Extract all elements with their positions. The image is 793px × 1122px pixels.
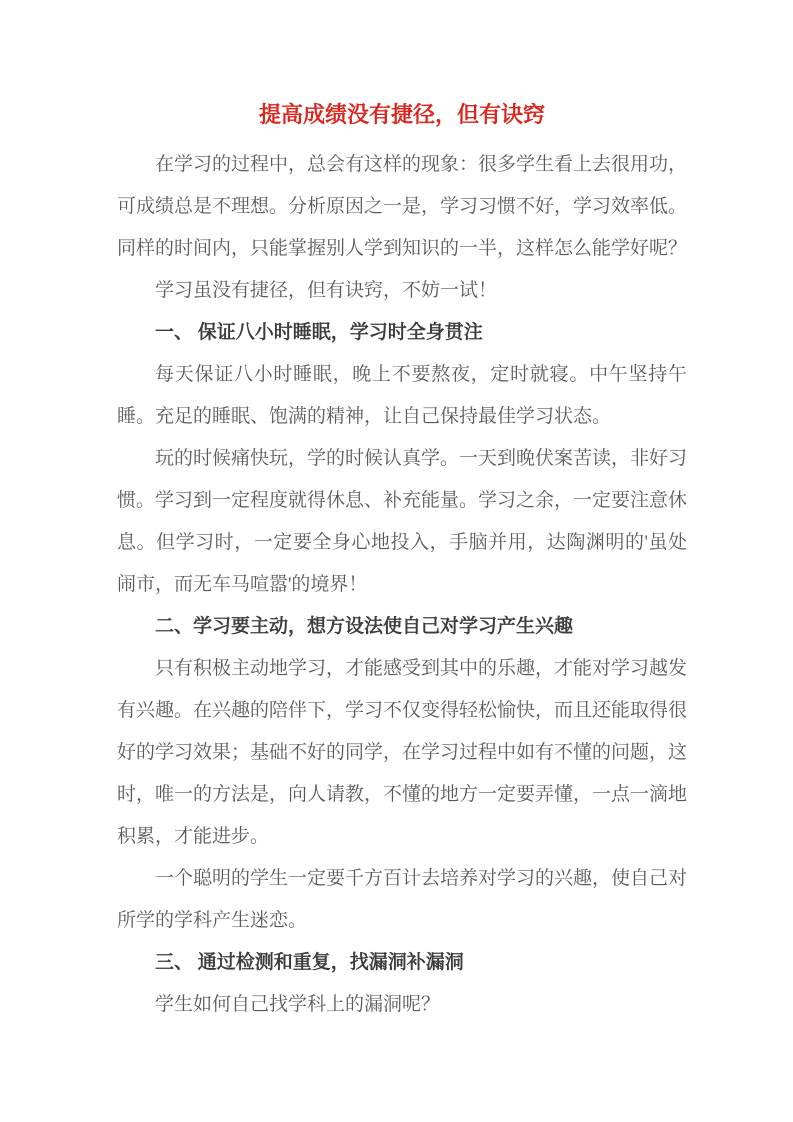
body-paragraph: 每天保证八小时睡眠，晚上不要熬夜，定时就寝。中午坚持午睡。充足的睡眠、饱满的精神… <box>117 354 687 438</box>
body-paragraph: 玩的时候痛快玩，学的时候认真学。一天到晚伏案苦读，非好习惯。学习到一定程度就得休… <box>117 438 687 606</box>
body-paragraph: 在学习的过程中，总会有这样的现象：很多学生看上去很用功，可成绩总是不理想。分析原… <box>117 144 687 270</box>
body-paragraph: 一个聪明的学生一定要千方百计去培养对学习的兴趣，使自己对所学的学科产生迷恋。 <box>117 858 687 942</box>
section-heading: 三、 通过检测和重复，找漏洞补漏洞 <box>117 942 687 984</box>
document-body: 在学习的过程中，总会有这样的现象：很多学生看上去很用功，可成绩总是不理想。分析原… <box>117 144 687 1026</box>
document-page: 提高成绩没有捷径，但有诀窍 在学习的过程中，总会有这样的现象：很多学生看上去很用… <box>0 0 793 1122</box>
body-paragraph: 学生如何自己找学科上的漏洞呢？ <box>117 984 687 1026</box>
document-title: 提高成绩没有捷径，但有诀窍 <box>117 100 687 130</box>
section-heading: 一、 保证八小时睡眠，学习时全身贯注 <box>117 312 687 354</box>
body-paragraph: 学习虽没有捷径，但有诀窍，不妨一试！ <box>117 270 687 312</box>
body-paragraph: 只有积极主动地学习，才能感受到其中的乐趣，才能对学习越发有兴趣。在兴趣的陪伴下，… <box>117 648 687 858</box>
section-heading: 二、学习要主动，想方设法使自己对学习产生兴趣 <box>117 606 687 648</box>
